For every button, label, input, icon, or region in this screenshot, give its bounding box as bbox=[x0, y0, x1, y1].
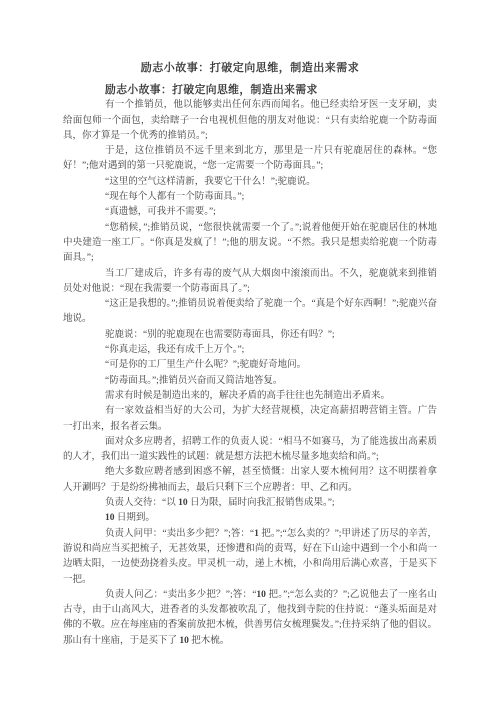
story-paragraph: 10 日期到。 bbox=[63, 511, 437, 526]
story-paragraph: 驼鹿说：“别的驼鹿现在也需要防毒面具，你还有吗？”; bbox=[63, 328, 437, 343]
story-paragraph: 于是，这位推销员不远千里来到北方，那里是一片只有驼鹿居住的森林。“您好！”;他对… bbox=[63, 144, 437, 175]
story-paragraph: 有一个推销员，他以能够卖出任何东西而闻名。他已经卖给牙医一支牙刷，卖给面包师一个… bbox=[63, 98, 437, 144]
story-paragraph: 负责人问甲：“卖出多少把？”;答：“1 把。”;“怎么卖的？”;甲讲述了历尽的辛… bbox=[63, 527, 437, 588]
story-paragraph: 负责人问乙：“卖出多少把？”;答：“10 把。”;“怎么卖的？”;乙说他去了一座… bbox=[63, 588, 437, 649]
story-paragraph: 需求有时候是制造出来的，解决矛盾的高手往往也先制造出矛盾来。 bbox=[63, 389, 437, 404]
story-paragraph: “可是你的工厂里生产什么呢？”;驼鹿好奇地问。 bbox=[63, 358, 437, 373]
story-paragraph: “防毒面具。”;推销员兴奋而又简洁地答复。 bbox=[63, 374, 437, 389]
story-paragraph: 当工厂建成后，许多有毒的废气从大烟囱中滚滚而出。不久，驼鹿就来到推销员处对他说：… bbox=[63, 267, 437, 298]
story-paragraph: “现在每个人都有一个防毒面具。”; bbox=[63, 190, 437, 205]
story-paragraph: “你真走运，我还有成千上万个。”; bbox=[63, 343, 437, 358]
story-paragraph: “真遗憾，可我并不需要。”; bbox=[63, 205, 437, 220]
story-heading: 励志小故事：打破定向思维，制造出来需求 bbox=[63, 83, 437, 98]
story-paragraph: 负责人交待：“以 10 日为限，届时向我汇报销售成果。”; bbox=[63, 496, 437, 511]
story-paragraph: 有一家效益相当好的大公司，为扩大经营规模，决定高薪招聘营销主管。广告一打出来，报… bbox=[63, 404, 437, 435]
document-page: 励志小故事：打破定向思维，制造出来需求 励志小故事：打破定向思维，制造出来需求 … bbox=[63, 60, 437, 649]
story-paragraph: 绝大多数应聘者感到困惑不解，甚至愤慨：出家人要木梳何用？这不明摆着拿人开涮吗？于… bbox=[63, 465, 437, 496]
document-title: 励志小故事：打破定向思维，制造出来需求 bbox=[63, 60, 437, 76]
story-paragraph: “您稍候，”;推销员说，“您很快就需要一个了。”;说着他便开始在驼鹿居住的林地中… bbox=[63, 221, 437, 267]
story-paragraph: “这正是我想的。”;推销员说着便卖给了驼鹿一个。“真是个好东西啊！”;驼鹿兴奋地… bbox=[63, 297, 437, 328]
story-paragraph: 面对众多应聘者，招聘工作的负责人说：“相马不如赛马，为了能选拔出高素质的人才，我… bbox=[63, 435, 437, 466]
story-paragraph: “这里的空气这样清新，我要它干什么！”;驼鹿说。 bbox=[63, 175, 437, 190]
